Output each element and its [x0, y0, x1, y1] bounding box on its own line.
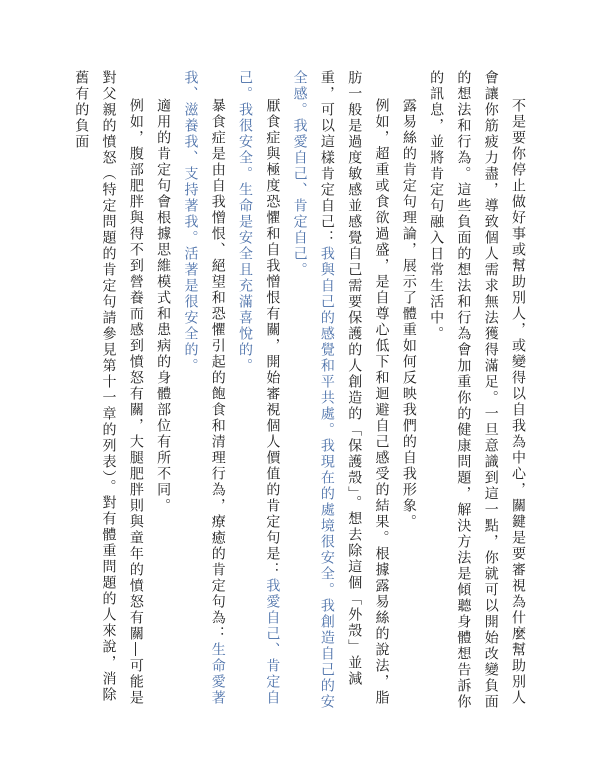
paragraph: 適用的肯定句會根據思維模式和患病的身體部位有所不同。: [150, 70, 177, 712]
paragraph: 例如，腹部肥胖與得不到營養而感到憤怒有關，大腿肥胖則與童年的憤怒有關—可能是對父…: [68, 70, 150, 712]
paragraph: 暴食症是由自我憎恨、絕望和恐懼引起的飽食和清理行為，療癒的肯定句為：生命愛著我、…: [177, 70, 232, 712]
text-run: 不是要你停止做好事或幫助別人，或變得以自我為中心，關鍵是要審視為什麼幫助別人會讓…: [429, 70, 527, 710]
text-run: 露易絲的肯定句理論，展示了體重如何反映我們的自我形象。: [402, 98, 418, 530]
vertical-text-block: 不是要你停止做好事或幫助別人，或變得以自我為中心，關鍵是要審視為什麼幫助別人會讓…: [68, 70, 532, 712]
paragraph: 厭食症與極度恐懼和自我憎恨有關，開始審視個人價值的肯定句是：我愛自己、肯定自己。…: [232, 70, 287, 712]
text-run: 厭食症與極度恐懼和自我憎恨有關，開始審視個人價值的肯定句是：: [265, 98, 281, 578]
paragraph: 露易絲的肯定句理論，展示了體重如何反映我們的自我形象。: [396, 70, 423, 712]
book-page: 不是要你停止做好事或幫助別人，或變得以自我為中心，關鍵是要審視為什麼幫助別人會讓…: [0, 0, 600, 778]
text-run: 例如，腹部肥胖與得不到營養而感到憤怒有關，大腿肥胖則與童年的憤怒有關—可能是對父…: [74, 70, 145, 706]
paragraph: 不是要你停止做好事或幫助別人，或變得以自我為中心，關鍵是要審視為什麼幫助別人會讓…: [423, 70, 532, 712]
text-run: 適用的肯定句會根據思維模式和患病的身體部位有所不同。: [156, 98, 172, 514]
paragraph: 例如，超重或食欲過盛，是自尊心低下和迴避自己感受的結果。根據露易絲的說法，脂肪一…: [286, 70, 395, 712]
text-run: 暴食症是由自我憎恨、絕望和恐懼引起的飽食和清理行為，療癒的肯定句為：: [211, 98, 227, 642]
